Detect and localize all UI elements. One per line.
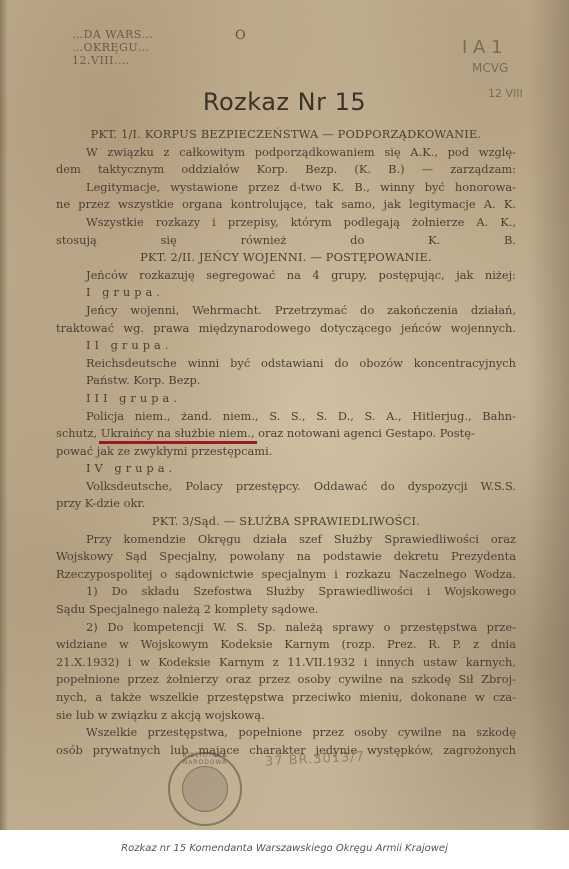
- text-line: Przy komendzie Okręgu działa szef Służby…: [56, 531, 516, 549]
- text-line: Sądu Specjalnego należą 2 komplety sądow…: [56, 601, 516, 619]
- document-scan: …DA WARS… …OKRĘGU… 12.VIII.… O I A 1 MCV…: [0, 0, 569, 830]
- text-line: traktować wg. prawa międzynarodowego dot…: [56, 320, 516, 338]
- text-line: Wszelkie przestępstwa, popełnione przez …: [56, 724, 516, 742]
- text-line: pować jak ze zwykłymi przestępcami.: [56, 443, 516, 461]
- text-line: przy K-dzie okr.: [56, 495, 516, 513]
- text-line: I grupa.: [56, 284, 516, 302]
- text-line: sie lub w związku z akcją wojskową.: [56, 707, 516, 725]
- header-stamp: …DA WARS… …OKRĘGU… 12.VIII.…: [72, 28, 153, 67]
- text-line: Państw. Korp. Bezp.: [56, 372, 516, 390]
- text-line: schutz, Ukraińcy na służbie niem., oraz …: [56, 425, 516, 443]
- text-line: stosują się również do K. B.: [56, 232, 516, 250]
- text-line: III grupa.: [56, 390, 516, 408]
- document-title: Rozkaz Nr 15: [0, 88, 569, 116]
- section-heading: PKT. 3/Sąd. — SŁUŻBA SPRAWIEDLIWOŚCI.: [56, 513, 516, 531]
- text-line: Policja niem., żand. niem., S. S., S. D.…: [56, 408, 516, 426]
- highlighted-phrase: Ukraińcy na służbie niem.,: [101, 426, 255, 440]
- text-line: popełnione przez żołnierzy oraz przez os…: [56, 671, 516, 689]
- header-stamp-line: …DA WARS…: [72, 28, 153, 41]
- text-line: nych, a także wszelkie przestępstwa prze…: [56, 689, 516, 707]
- text-line: Jeńców rozkazuję segregować na 4 grupy, …: [56, 267, 516, 285]
- text-line: Reichsdeutsche winni być odstawiani do o…: [56, 355, 516, 373]
- text-line: 2) Do kompetencji W. S. Sp. należą spraw…: [56, 619, 516, 637]
- eagle-emblem-icon: [182, 766, 228, 812]
- text-line: widziane w Wojskowym Kodeksie Karnym (ro…: [56, 636, 516, 654]
- image-caption: Rozkaz nr 15 Komendanta Warszawskiego Ok…: [0, 843, 569, 854]
- text-line: dem taktycznym oddziałów Korp. Bezp. (K.…: [56, 161, 516, 179]
- text-line: Wszystkie rozkazy i przepisy, którym pod…: [56, 214, 516, 232]
- text-line: Jeńcy wojenni, Wehrmacht. Przetrzymać do…: [56, 302, 516, 320]
- library-stamp: BIBLIOTEKA NARODOWA: [168, 752, 242, 826]
- archive-mark-line: MCVG: [472, 58, 523, 78]
- text-line: ne przez wszystkie organa kontrolujące, …: [56, 196, 516, 214]
- text-line: Wojskowy Sąd Specjalny, powołany na pods…: [56, 548, 516, 566]
- text-fragment: schutz,: [56, 426, 101, 440]
- text-line: Volksdeutsche, Polacy przestępcy. Oddawa…: [56, 478, 516, 496]
- archive-mark-line: I A 1: [462, 37, 503, 58]
- text-line: 21.X.1932) i w Kodeksie Karnym z 11.VII.…: [56, 654, 516, 672]
- document-body: PKT. 1/I. KORPUS BEZPIECZEŃSTWA — PODPOR…: [56, 126, 516, 759]
- header-mark: O: [235, 28, 246, 43]
- text-line: 1) Do składu Szefostwa Służby Sprawiedli…: [56, 583, 516, 601]
- text-line: Legitymacje, wystawione przez d-two K. B…: [56, 179, 516, 197]
- text-line: W związku z całkowitym podporządkowaniem…: [56, 144, 516, 162]
- text-line: IV grupa.: [56, 460, 516, 478]
- text-fragment: oraz notowani agenci Gestapo. Postę-: [255, 426, 475, 440]
- section-heading: PKT. 1/I. KORPUS BEZPIECZEŃSTWA — PODPOR…: [56, 126, 516, 144]
- header-stamp-line: …OKRĘGU…: [72, 41, 153, 54]
- section-heading: PKT. 2/II. JEŃCY WOJENNI. — POSTĘPOWANIE…: [56, 249, 516, 267]
- text-line: Rzeczypospolitej o sądownictwie specjaln…: [56, 566, 516, 584]
- text-line: II grupa.: [56, 337, 516, 355]
- library-stamp-text: BIBLIOTEKA NARODOWA: [170, 752, 240, 766]
- header-stamp-line: 12.VIII.…: [72, 54, 153, 67]
